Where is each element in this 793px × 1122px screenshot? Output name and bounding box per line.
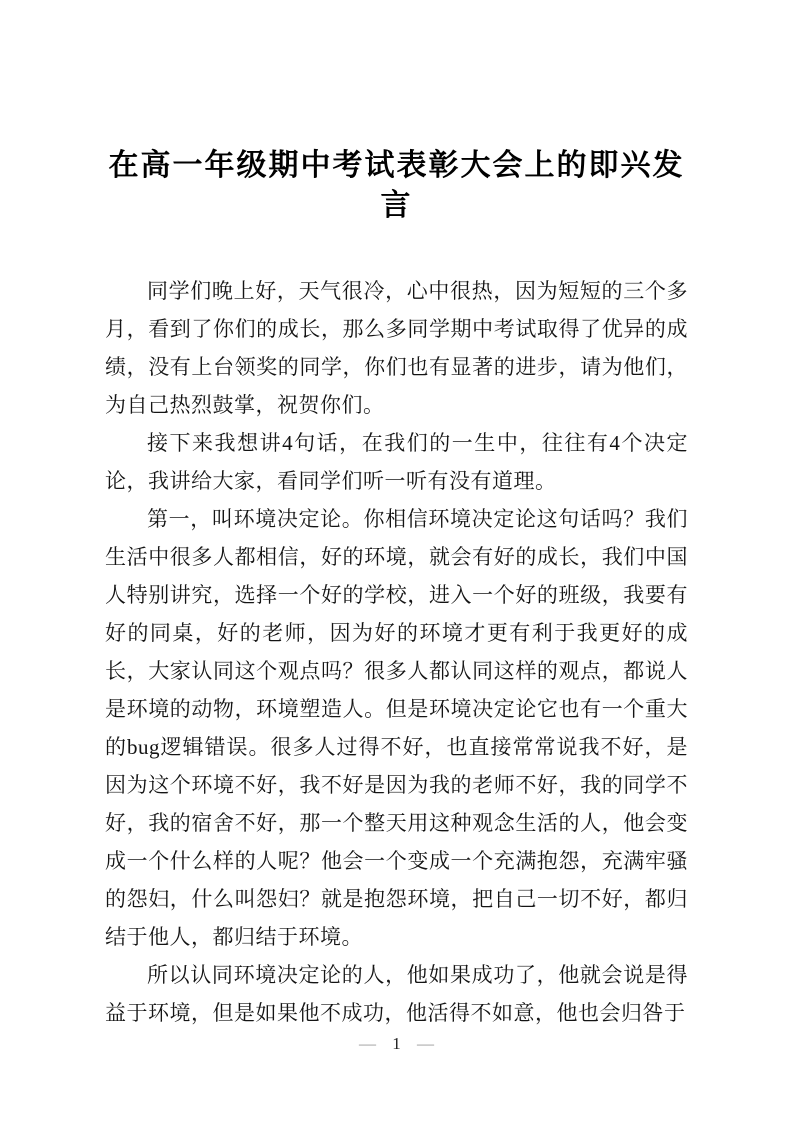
page-footer: — 1 — <box>0 1032 793 1056</box>
document-body: 同学们晚上好，天气很冷，心中很热，因为短短的三个多月，看到了你们的成长，那么多同… <box>105 272 688 1032</box>
document-title: 在高一年级期中考试表彰大会上的即兴发言 <box>105 146 688 226</box>
paragraph-conclusion-partial: 所以认同环境决定论的人，他如果成功了，他就会说是得益于环境，但是如果他不成功，他… <box>105 956 688 1032</box>
footer-dash-right: — <box>417 1034 434 1053</box>
document-content: 在高一年级期中考试表彰大会上的即兴发言 同学们晚上好，天气很冷，心中很热，因为短… <box>105 0 688 1032</box>
footer-dash-left: — <box>359 1034 376 1053</box>
paragraph-intro-four-points: 接下来我想讲4句话，在我们的一生中，往往有4个决定论，我讲给大家，看同学们听一听… <box>105 424 688 500</box>
paragraph-environment-determinism: 第一，叫环境决定论。你相信环境决定论这句话吗？我们生活中很多人都相信，好的环境，… <box>105 500 688 956</box>
document-page: 在高一年级期中考试表彰大会上的即兴发言 同学们晚上好，天气很冷，心中很热，因为短… <box>0 0 793 1122</box>
paragraph-greeting: 同学们晚上好，天气很冷，心中很热，因为短短的三个多月，看到了你们的成长，那么多同… <box>105 272 688 424</box>
page-number: 1 <box>392 1034 401 1053</box>
